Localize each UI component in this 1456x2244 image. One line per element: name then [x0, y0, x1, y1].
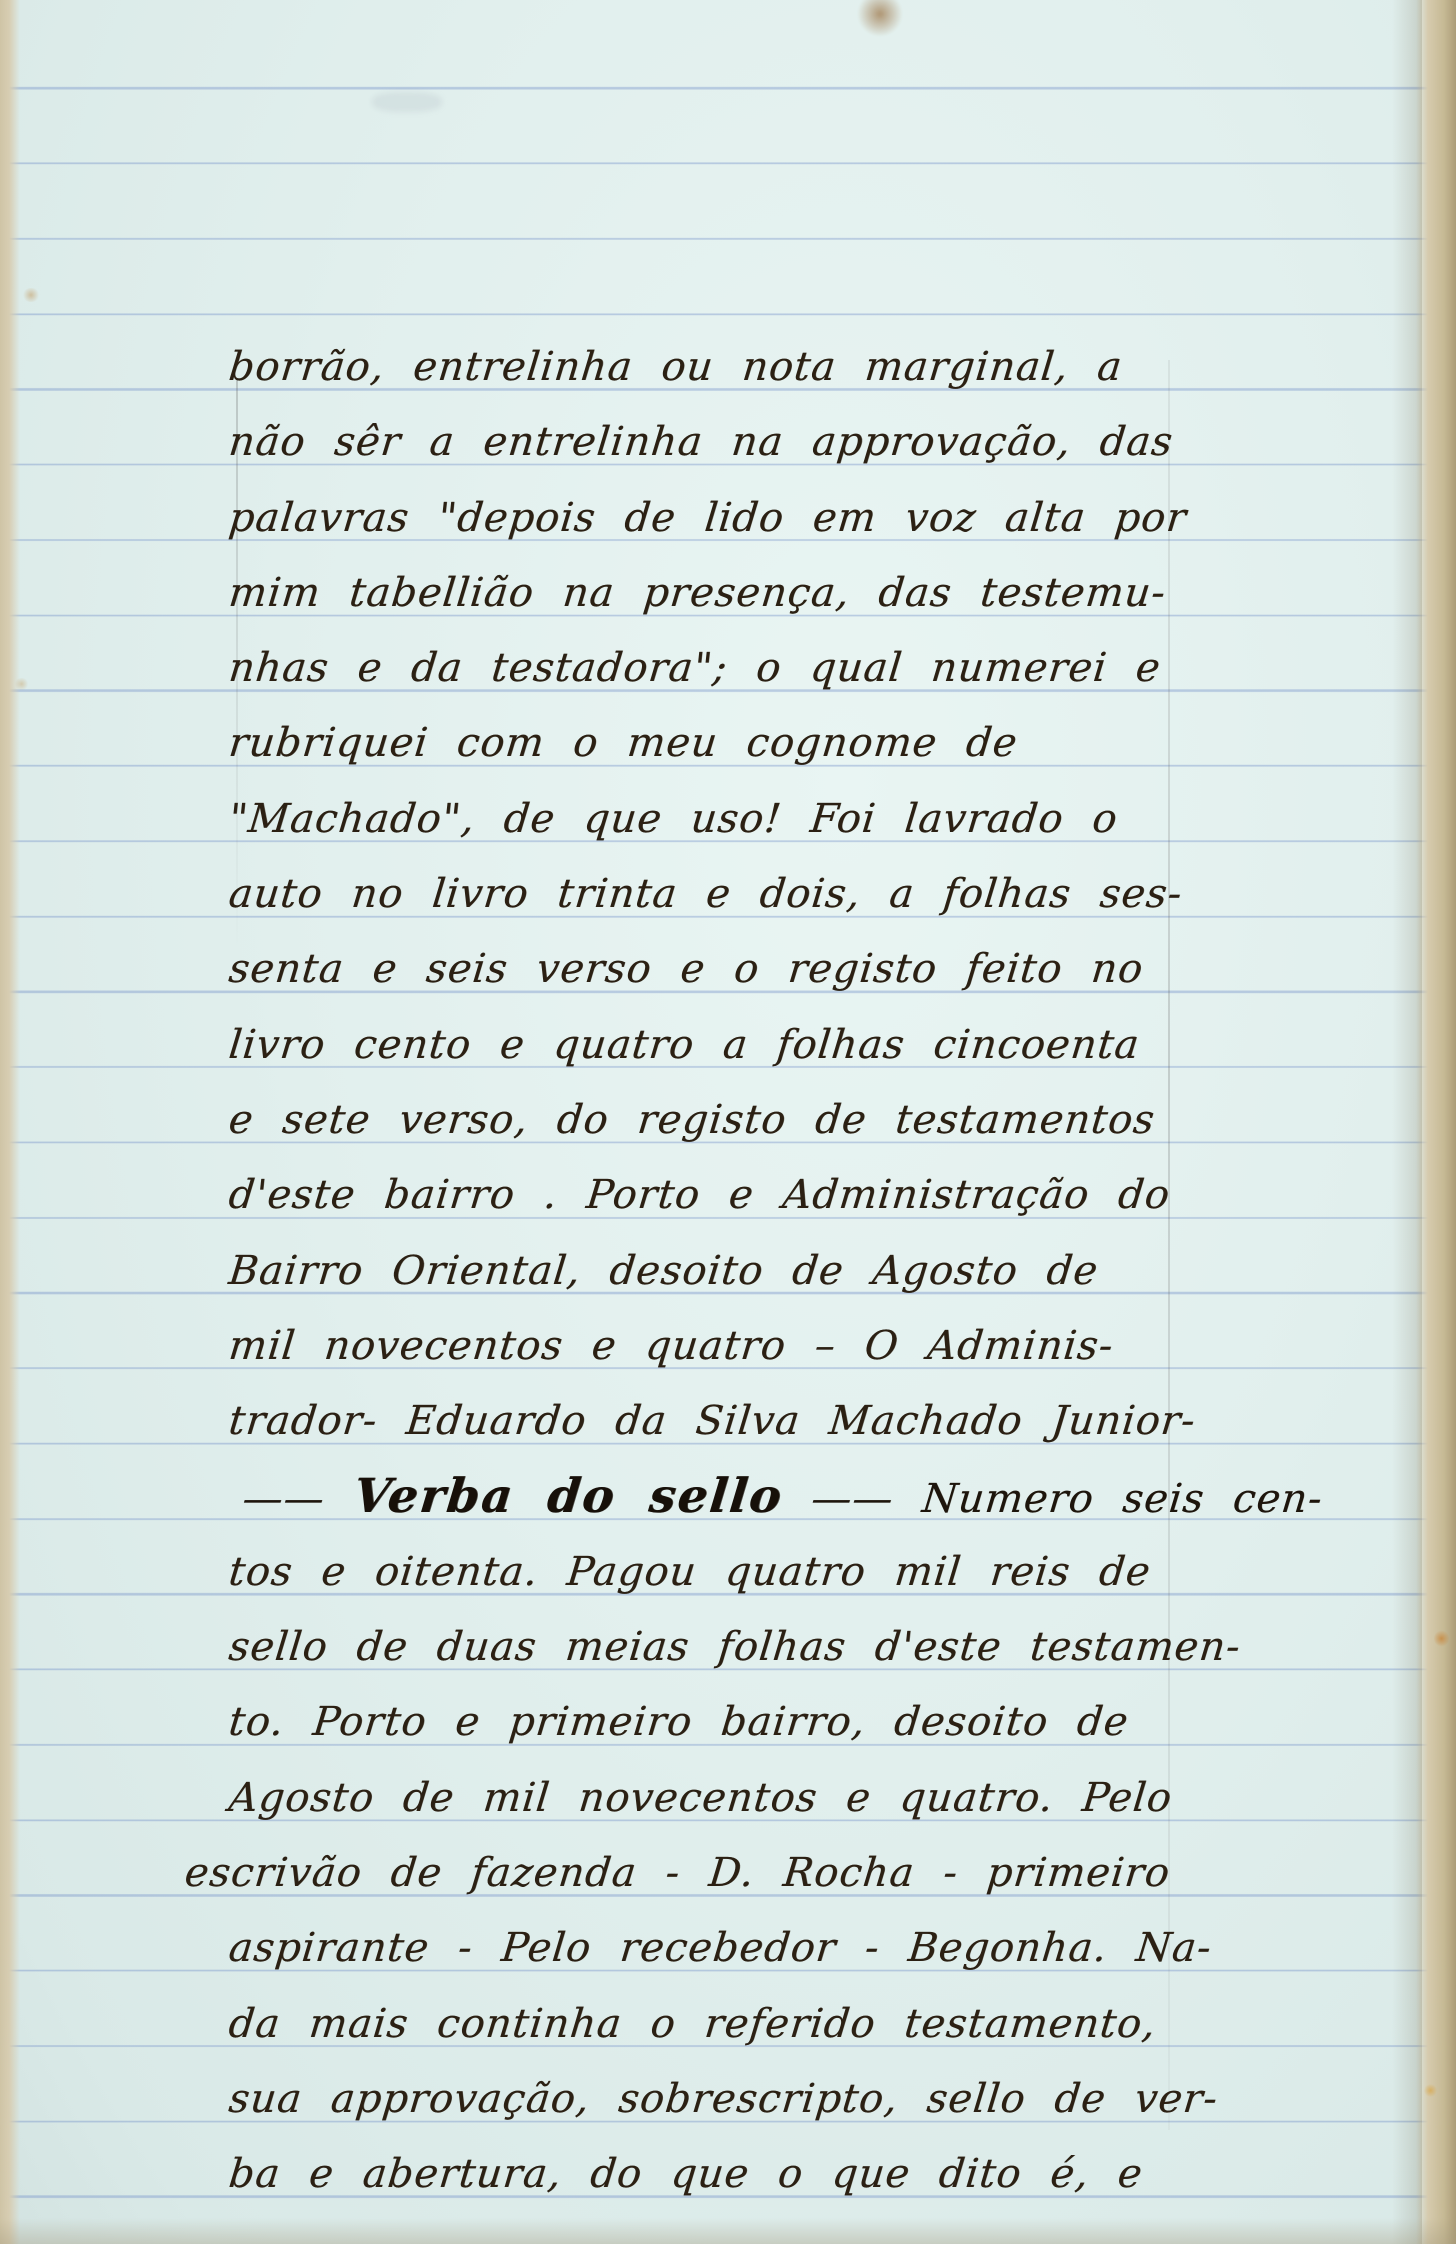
- manuscript-line: "Machado", de que uso! Foi lavrado o: [225, 782, 1433, 857]
- manuscript-line: mim tabellião na presença, das testemu-: [225, 556, 1433, 631]
- manuscript-line: senta e seis verso e o registo feito no: [225, 932, 1433, 1007]
- manuscript-line: não sêr a entrelinha na approvação, das: [225, 405, 1433, 480]
- manuscript-line: rubriquei com o meu cognome de: [225, 706, 1433, 781]
- manuscript-line: to. Porto e primeiro bairro, desoito de: [225, 1685, 1433, 1760]
- manuscript-line-text: palavras "depois de lido em voz alta por: [227, 495, 1189, 541]
- manuscript-line: palavras "depois de lido em voz alta por: [225, 481, 1433, 556]
- manuscript-line: da mais continha o referido testamento,: [225, 1987, 1433, 2062]
- manuscript-line-text: tos e oitenta. Pagou quatro mil reis de: [227, 1549, 1153, 1595]
- manuscript-line-text: sello de duas meias folhas d'este testam…: [227, 1624, 1243, 1670]
- manuscript-line: escrivão de fazenda - D. Rocha - primeir…: [181, 1836, 1433, 1911]
- manuscript-line-text: sua approvação, sobrescripto, sello de v…: [227, 2076, 1221, 2122]
- manuscript-line-text: mim tabellião na presença, das testemu-: [227, 570, 1169, 616]
- manuscript-line-text: mil novecentos e quatro – O Adminis-: [227, 1323, 1116, 1369]
- manuscript-line-text: e sete verso, do registo de testamentos: [227, 1097, 1158, 1143]
- manuscript-line: Bairro Oriental, desoito de Agosto de: [225, 1234, 1433, 1309]
- manuscript-text: borrão, entrelinha ou nota marginal, anã…: [225, 330, 1425, 2212]
- manuscript-line-text: "Machado", de que uso! Foi lavrado o: [227, 796, 1121, 842]
- manuscript-line-text: trador- Eduardo da Silva Machado Junior-: [227, 1398, 1198, 1444]
- manuscript-line-text: to. Porto e primeiro bairro, desoito de: [227, 1699, 1131, 1745]
- manuscript-line: mil novecentos e quatro – O Adminis-: [225, 1309, 1433, 1384]
- manuscript-line-text: aspirante - Pelo recebedor - Begonha. Na…: [227, 1925, 1214, 1971]
- manuscript-line: sello de duas meias folhas d'este testam…: [225, 1610, 1433, 1685]
- manuscript-line-text: rubriquei com o meu cognome de: [227, 720, 1020, 766]
- manuscript-line: Agosto de mil novecentos e quatro. Pelo: [225, 1761, 1433, 1836]
- page-edge-bottom: [0, 2218, 1456, 2244]
- manuscript-line: auto no livro trinta e dois, a folhas se…: [225, 857, 1433, 932]
- manuscript-line: sua approvação, sobrescripto, sello de v…: [225, 2062, 1433, 2137]
- manuscript-line-text: auto no livro trinta e dois, a folhas se…: [227, 871, 1185, 917]
- manuscript-line-text: d'este bairro . Porto e Administração do: [227, 1172, 1173, 1218]
- manuscript-line-text: senta e seis verso e o registo feito no: [227, 946, 1146, 992]
- manuscript-line: tos e oitenta. Pagou quatro mil reis de: [225, 1535, 1433, 1610]
- manuscript-line-text: não sêr a entrelinha na approvação, das: [227, 419, 1176, 465]
- manuscript-page: borrão, entrelinha ou nota marginal, anã…: [0, 0, 1456, 2244]
- manuscript-line-text: livro cento e quatro a folhas cincoenta: [227, 1022, 1142, 1068]
- manuscript-line: ba e abertura, do que o que dito é, e: [225, 2137, 1433, 2212]
- manuscript-line-text: da mais continha o referido testamento,: [227, 2001, 1159, 2047]
- manuscript-line-text: ——: [780, 1476, 896, 1522]
- manuscript-line-text: Numero seis cen-: [891, 1476, 1325, 1522]
- manuscript-line-text: nhas e da testadora"; o qual numerei e: [227, 645, 1163, 691]
- manuscript-line: aspirante - Pelo recebedor - Begonha. Na…: [225, 1911, 1433, 1986]
- manuscript-line-text: borrão, entrelinha ou nota marginal, a: [227, 344, 1125, 390]
- manuscript-line-text: ——: [240, 1476, 356, 1522]
- seal-heading-label: Verba do sello: [351, 1469, 786, 1524]
- manuscript-line: nhas e da testadora"; o qual numerei e: [225, 631, 1433, 706]
- manuscript-line: livro cento e quatro a folhas cincoenta: [225, 1008, 1433, 1083]
- manuscript-line: e sete verso, do registo de testamentos: [225, 1083, 1433, 1158]
- manuscript-line: trador- Eduardo da Silva Machado Junior-: [225, 1384, 1433, 1459]
- manuscript-line: d'este bairro . Porto e Administração do: [225, 1158, 1433, 1233]
- manuscript-line-text: escrivão de fazenda - D. Rocha - primeir…: [183, 1850, 1173, 1896]
- manuscript-line-text: Bairro Oriental, desoito de Agosto de: [227, 1248, 1101, 1294]
- manuscript-line: borrão, entrelinha ou nota marginal, a: [225, 330, 1433, 405]
- manuscript-line: —— Verba do sello —— Numero seis cen-: [239, 1459, 1433, 1534]
- page-edge-left: [0, 0, 20, 2244]
- manuscript-line-text: ba e abertura, do que o que dito é, e: [227, 2151, 1145, 2197]
- manuscript-line-text: Agosto de mil novecentos e quatro. Pelo: [227, 1775, 1175, 1821]
